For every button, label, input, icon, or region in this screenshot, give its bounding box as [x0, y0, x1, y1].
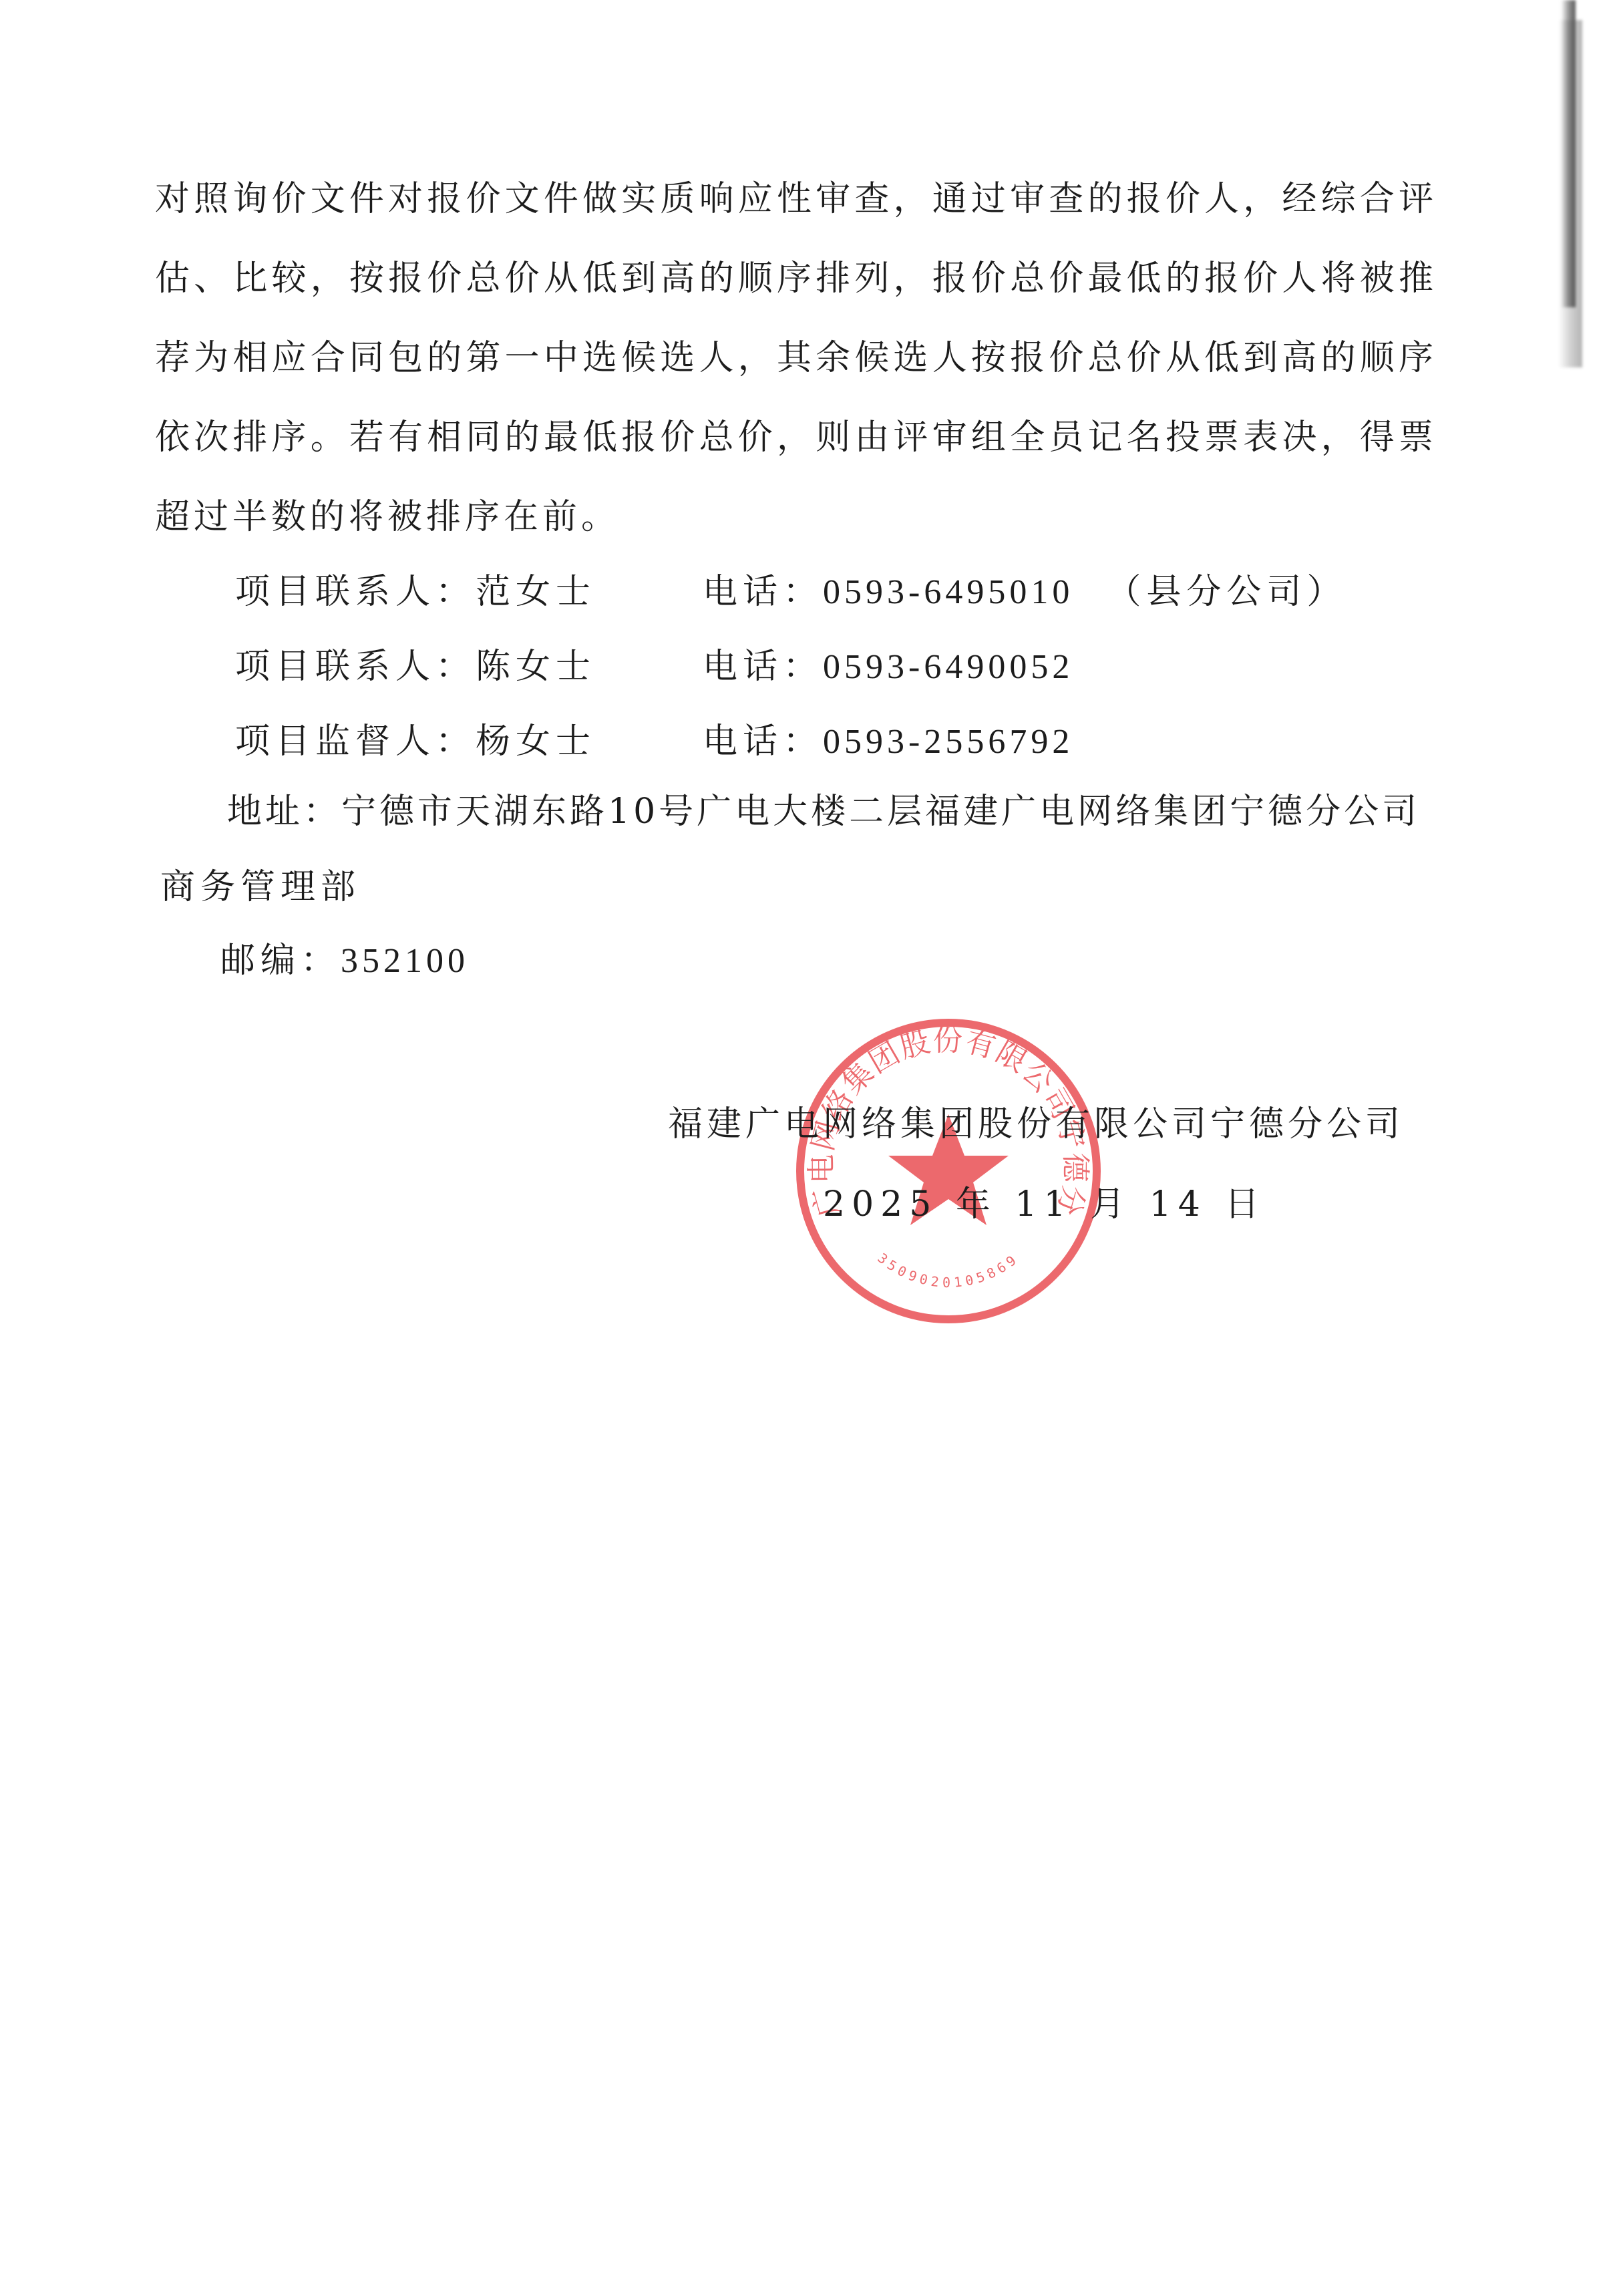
postcode-label: 邮编：	[220, 941, 341, 981]
paragraph-line-3: 荐为相应合同包的第一中选候选人，其余候选人按报价总价从低到高的顺序	[155, 338, 1437, 378]
contact-role: 项目联系人：	[235, 647, 476, 687]
contact-row: 项目联系人：范女士电话：0593-6495010 （县分公司）	[235, 572, 1347, 613]
phone-note: （县分公司）	[1106, 572, 1347, 612]
phone-label: 电话：	[703, 572, 823, 612]
contact-name: 陈女士	[476, 647, 596, 687]
seal-serial: 3509020105869	[875, 1250, 1023, 1291]
postcode-line: 邮编：352100	[220, 941, 469, 981]
phone-number: 0593-6495010	[823, 573, 1073, 611]
address-label: 地址：	[227, 792, 341, 832]
phone-label: 电话：	[703, 721, 823, 762]
contact-role: 项目联系人：	[235, 572, 476, 612]
contact-row: 项目联系人：陈女士电话：0593-6490052	[235, 647, 1073, 687]
company-seal-stamp: 福建广电网络集团股份有限公司宁德分公司 3509020105869	[791, 1014, 1105, 1328]
paragraph-line-2: 估、比较，按报价总价从低到高的顺序排列，报价总价最低的报价人将被推	[155, 259, 1437, 299]
paragraph-line-5: 超过半数的将被排序在前。	[155, 497, 1437, 537]
postcode-value: 352100	[341, 942, 469, 980]
contact-name: 杨女士	[476, 721, 596, 762]
address-line-2: 商务管理部	[160, 867, 361, 907]
signature-date: 2025 年 11 月 14 日	[823, 1176, 1266, 1226]
signature-organization: 福建广电网络集团股份有限公司宁德分公司	[668, 1096, 1404, 1146]
phone-number: 0593-2556792	[823, 723, 1073, 761]
contact-name: 范女士	[476, 572, 596, 612]
address-line: 地址：宁德市天湖东路10号广电大楼二层福建广电网络集团宁德分公司	[227, 792, 1420, 832]
phone-number: 0593-6490052	[823, 648, 1073, 686]
phone-label: 电话：	[703, 647, 823, 687]
paragraph-line-1: 对照询价文件对报价文件做实质响应性审查，通过审查的报价人，经综合评	[155, 179, 1437, 219]
address-value: 宁德市天湖东路10号广电大楼二层福建广电网络集团宁德分公司	[341, 792, 1420, 832]
contact-row: 项目监督人：杨女士电话：0593-2556792	[235, 721, 1073, 762]
scan-edge-artifact-lower	[1558, 20, 1582, 367]
paragraph-line-4: 依次排序。若有相同的最低报价总价，则由评审组全员记名投票表决，得票	[155, 418, 1437, 458]
contact-role: 项目监督人：	[235, 721, 476, 762]
